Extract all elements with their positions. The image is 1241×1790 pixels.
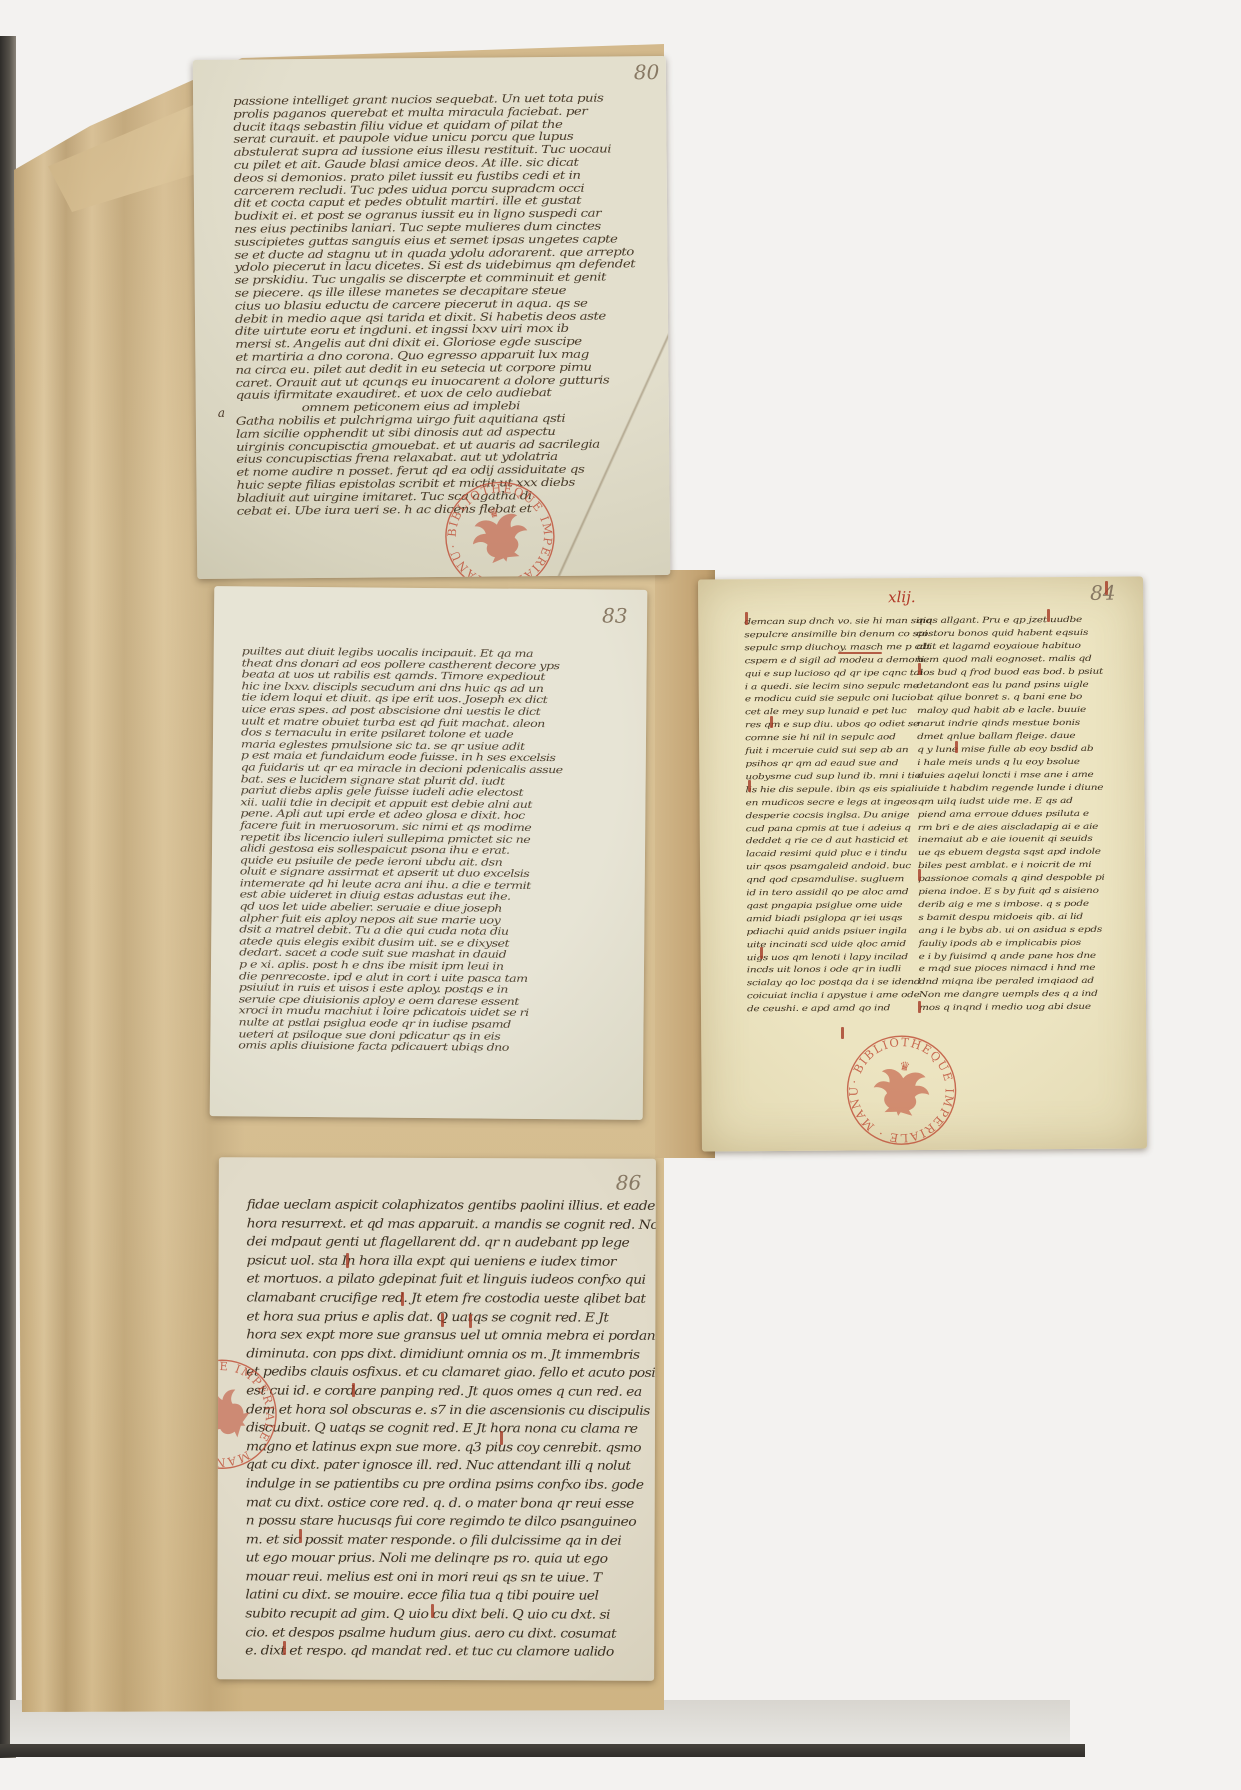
- manuscript-fragment-86: 86 fidae ueclam aspicit colaphizatos gen…: [217, 1157, 656, 1681]
- manuscript-line: omis aplis diuisione facta pdicauert ubi…: [238, 1041, 647, 1056]
- manuscript-line: et pedibs clauis osfixus. et cu clamaret…: [246, 1363, 656, 1383]
- manuscript-line: indulge in se patientibs cu pre ordina p…: [246, 1474, 656, 1494]
- text-block-86: fidae ueclam aspicit colaphizatos gentib…: [245, 1195, 649, 1661]
- manuscript-line: discubuit. Q uatqs se cognit red. E Jt h…: [246, 1418, 656, 1438]
- manuscript-line: psicut uol. sta In hora illa expt qui ue…: [247, 1251, 656, 1271]
- manuscript-fragment-84: xlij. 84 demcan sup dnch vo. sie hi man …: [698, 576, 1147, 1151]
- manuscript-line: hora resurrext. et qd mas apparuit. a ma…: [247, 1214, 656, 1234]
- folio-number-80: 80: [634, 60, 660, 84]
- manuscript-line: ut ego mouar prius. Noli me delinqre ps …: [245, 1549, 655, 1569]
- stamp-crown-icon: ♛: [898, 1059, 911, 1074]
- manuscript-fragment-80: 80 a passione intelliget grant nucios se…: [193, 56, 671, 579]
- folio-number-84: 84: [1090, 581, 1116, 605]
- manuscript-line: dei mdpaut genti ut flagellarent dd. qr …: [247, 1233, 656, 1253]
- manuscript-line: clamabant crucifige red. Jt etem fre cos…: [246, 1288, 656, 1308]
- manuscript-line: mat cu dixt. ostice core red. q. d. o ma…: [246, 1493, 656, 1513]
- text-column-left: demcan sup dnch vo. sie hi man sinosepul…: [744, 615, 915, 1016]
- manuscript-line: qat cu dixt. pater ignosce ill. red. Nuc…: [246, 1456, 656, 1476]
- stamp-eagle-icon: [870, 1067, 932, 1119]
- manuscript-fragment-83: 83 puiltes aut diuit legibs uocalis inci…: [210, 586, 648, 1120]
- chapter-rubric: xlij.: [888, 588, 916, 606]
- text-block-80: passione intelliget grant nucios sequeba…: [233, 92, 667, 518]
- text-column-right: qiqs allgant. Pru e qp jzet uudbecostoru…: [916, 614, 1101, 1015]
- text-block-83: puiltes aut diuit legibs uocalis incipau…: [238, 646, 590, 1055]
- library-stamp: · BIBLIOTHEQUE IMPERIALE · MANUSCRITS ♛: [834, 1023, 969, 1152]
- folio-number-83: 83: [602, 604, 628, 628]
- manuscript-line: diminuta. con pps dixt. dimidiunt omnia …: [246, 1344, 656, 1364]
- manuscript-line: m. et sic possit mater responde. o fili …: [246, 1530, 656, 1550]
- marginal-letter: a: [218, 406, 225, 420]
- manuscript-line: e. dixt et respo. qd mandat red. et tuc …: [245, 1642, 656, 1662]
- manuscript-line: n possu stare hucusqs fui core regimdo t…: [246, 1511, 656, 1531]
- manuscript-line: cio. et despos psalme hudum gius. aero c…: [245, 1623, 656, 1643]
- manuscript-line: mos q inqnd i medio uog abi dsue: [919, 1001, 1147, 1016]
- manuscript-line: latini cu dixt. se mouire. ecce filia tu…: [245, 1586, 656, 1606]
- manuscript-line: hora sex expt more sue gransus uel ut om…: [246, 1325, 656, 1345]
- manuscript-line: dem et hora sol obscuras e. s7 in die as…: [246, 1400, 656, 1420]
- folio-number-86: 86: [616, 1171, 642, 1195]
- scanned-album-page: 80 a passione intelliget grant nucios se…: [0, 0, 1241, 1790]
- manuscript-line: et mortuos. a pilato gdepinat fuit et li…: [246, 1270, 655, 1290]
- manuscript-line: est cui id. e cordare panping red. Jt qu…: [246, 1381, 656, 1401]
- stamp-crown-icon: ♛: [487, 505, 501, 521]
- stamp-eagle-icon: [217, 1381, 258, 1451]
- photo-bottom-edge: [0, 1744, 1085, 1757]
- manuscript-line: subito recupit ad gim. Q uio cu dixt bel…: [245, 1604, 656, 1624]
- manuscript-line: mouar reui. melius est oni in mori reui …: [245, 1567, 655, 1587]
- stamp-eagle-icon: [468, 511, 534, 569]
- photo-left-edge: [0, 36, 16, 1758]
- manuscript-line: fidae ueclam aspicit colaphizatos gentib…: [247, 1195, 656, 1215]
- manuscript-line: magno et latinus expn sue more. q3 pius …: [246, 1437, 656, 1457]
- manuscript-line: et hora sua prius e aplis dat. Q uatqs s…: [246, 1307, 656, 1327]
